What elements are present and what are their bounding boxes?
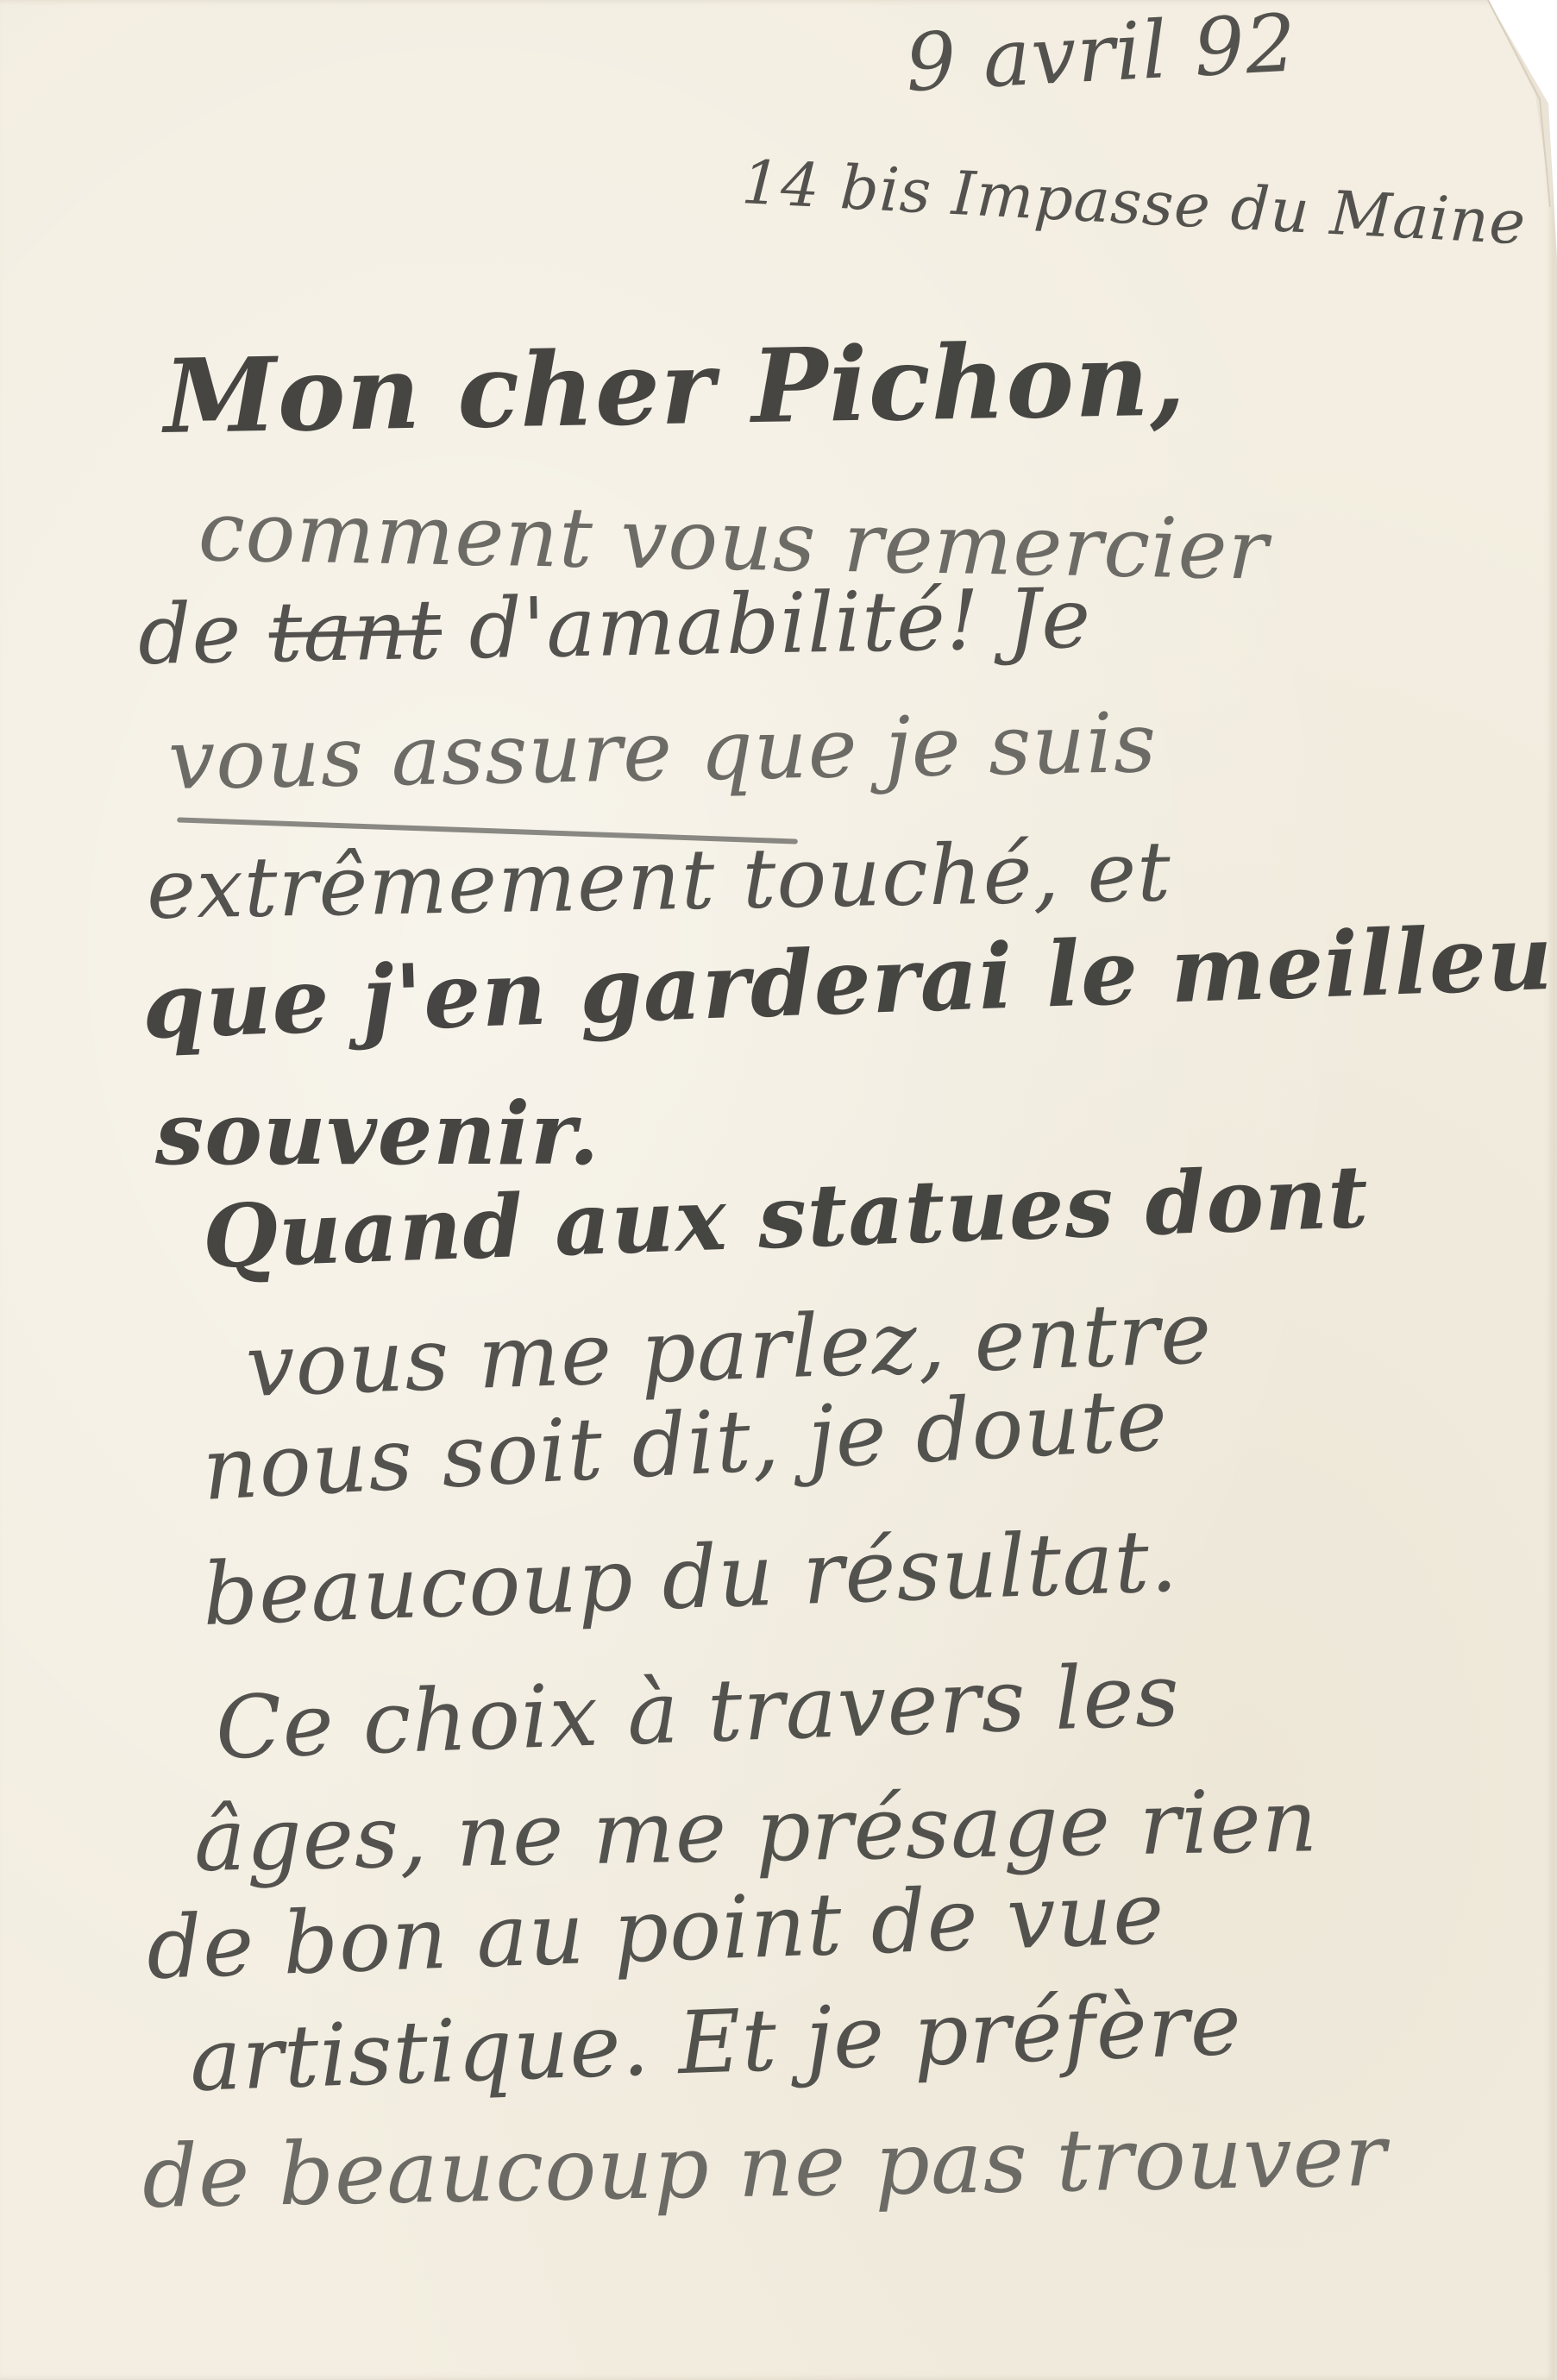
letter-date: 9 avril 92	[903, 0, 1299, 110]
letter-page: 9 avril 92 14 bis Impasse du Maine Mon c…	[0, 0, 1557, 2380]
letter-text: de	[137, 584, 270, 683]
letter-salutation: Mon cher Pichon,	[163, 318, 1187, 456]
struck-word: tant	[268, 581, 443, 681]
letter-text: d'amabilité! Je	[441, 570, 1092, 678]
letter-line: de beaucoup ne pas trouver	[141, 2105, 1388, 2227]
letter-line: extrêmement touché, et	[146, 823, 1172, 938]
letter-line: Ce choix à travers les	[214, 1644, 1182, 1779]
letter-line: souvenir.	[155, 1083, 600, 1184]
letter-address: 14 bis Impasse du Maine	[740, 147, 1528, 259]
paper-edge	[1548, 0, 1557, 2380]
letter-line: beaucoup du résultat.	[201, 1510, 1180, 1645]
letter-line: de tant d'amabilité! Je	[137, 570, 1092, 683]
letter-line: artistique. Et je préfère	[188, 1973, 1244, 2111]
letter-line: vous assure que je suis	[167, 694, 1158, 808]
